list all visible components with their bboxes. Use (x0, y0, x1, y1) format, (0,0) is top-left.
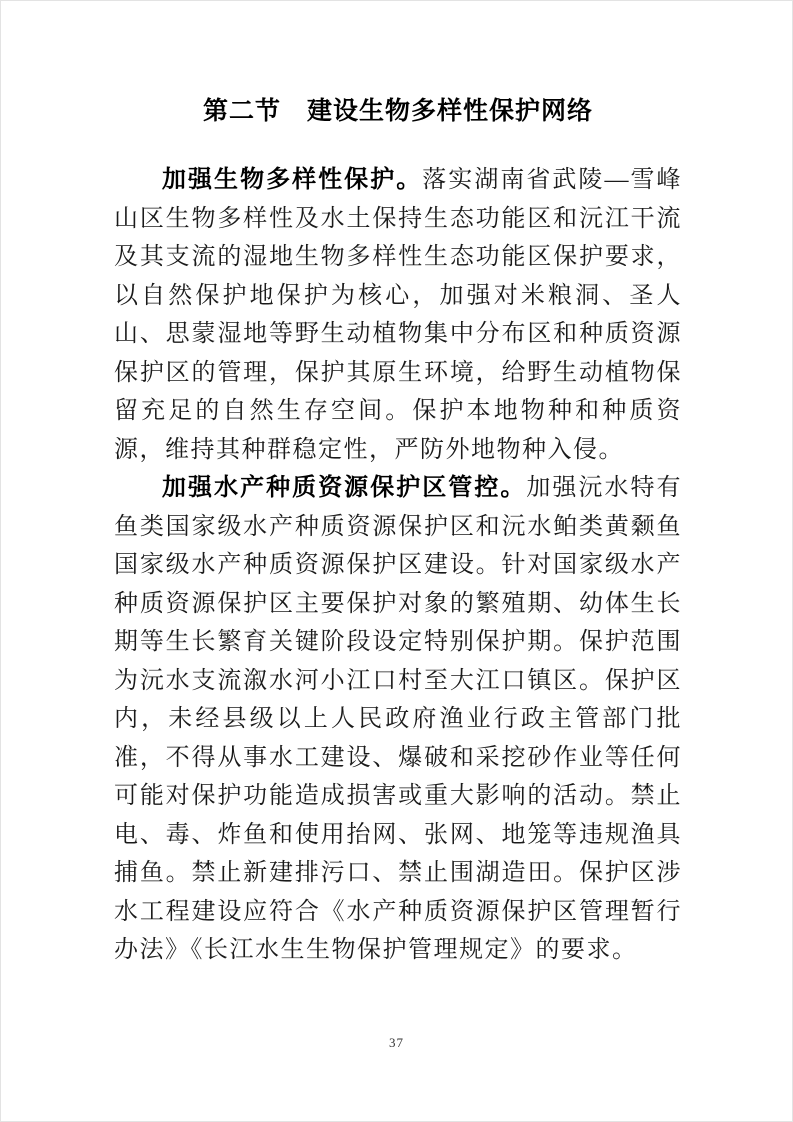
page-number: 37 (1, 1035, 792, 1051)
paragraph-body: 加强沅水特有鱼类国家级水产种质资源保护区和沅水鲌类黄颡鱼国家级水产种质资源保护区… (114, 475, 682, 963)
page-content: 第二节 建设生物多样性保护网络 加强生物多样性保护。落实湖南省武陵—雪峰山区生物… (114, 95, 682, 970)
paragraph-lead: 加强水产种质资源保护区管控。 (162, 474, 526, 501)
paragraph: 加强水产种质资源保护区管控。加强沅水特有鱼类国家级水产种质资源保护区和沅水鲌类黄… (114, 469, 682, 970)
section-title: 第二节 建设生物多样性保护网络 (114, 95, 682, 127)
paragraph-lead: 加强生物多样性保护。 (162, 166, 422, 193)
paragraph: 加强生物多样性保护。落实湖南省武陵—雪峰山区生物多样性及水土保持生态功能区和沅江… (114, 161, 682, 469)
document-page: 第二节 建设生物多样性保护网络 加强生物多样性保护。落实湖南省武陵—雪峰山区生物… (0, 0, 793, 1122)
paragraph-body: 落实湖南省武陵—雪峰山区生物多样性及水土保持生态功能区和沅江干流及其支流的湿地生… (114, 167, 682, 463)
